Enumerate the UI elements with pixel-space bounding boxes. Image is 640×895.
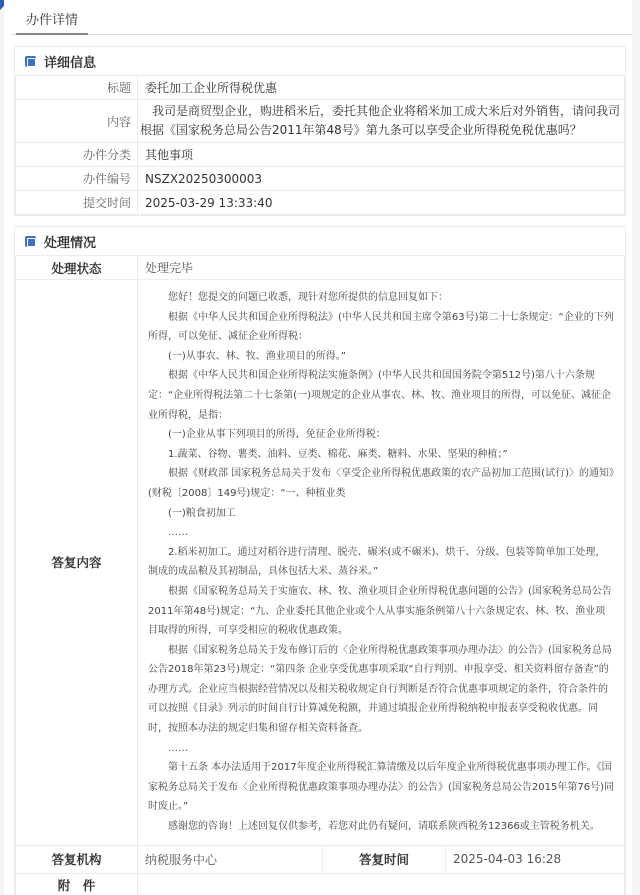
title-value: 委托加工企业所得税优惠 (138, 76, 625, 100)
answer-paragraph: 根据《国家税务总局关于实施农、林、牧、渔业项目企业所得税优惠问题的公告》(国家税… (148, 582, 614, 641)
processing-panel: 处理情况 处理状态 处理完毕 答复内容 您好！您提交的问题已收悉，现针对您所提供… (14, 226, 626, 895)
attachment-label: 附 件 (16, 873, 138, 895)
answer-paragraph: (一)从事农、林、牧、渔业项目的所得。” (148, 347, 614, 367)
tab-bar: 办件详情 (12, 8, 632, 35)
document-icon (25, 56, 36, 67)
status-label: 处理状态 (16, 256, 138, 280)
processing-panel-title: 处理情况 (44, 232, 96, 251)
status-row: 处理状态 处理完毕 (16, 256, 625, 280)
answer-paragraph: 根据《国家税务总局关于发布修订后的〈企业所得税优惠政策事项办理办法〉的公告》(国… (148, 641, 614, 739)
answer-paragraph: (一)企业从事下列项目的所得，免征企业所得税： (148, 425, 614, 445)
answer-paragraph: …… (148, 739, 614, 759)
answer-paragraph: 根据《中华人民共和国企业所得税法》(中华人民共和国主席令第63号)第二十七条规定… (148, 308, 614, 347)
attachment-row: 附 件 (16, 873, 625, 895)
agency-row: 答复机构 纳税服务中心 答复时间 2025-04-03 16:28 (16, 845, 625, 873)
content-label: 内容 (16, 100, 138, 143)
detail-row-content: 内容 我司是商贸型企业，购进稻米后，委托其他企业将稻米加工成大米后对外销售，请问… (16, 100, 625, 143)
agency-value: 纳税服务中心 (138, 845, 323, 873)
detail-row-title: 标题 委托加工企业所得税优惠 (16, 76, 625, 100)
content-value: 我司是商贸型企业，购进稻米后，委托其他企业将稻米加工成大米后对外销售，请问我司根… (138, 100, 625, 143)
answer-paragraph: (一)粮食初加工 (148, 504, 614, 524)
answer-label: 答复内容 (16, 280, 138, 846)
category-value: 其他事项 (138, 143, 625, 167)
answer-paragraph: 感谢您的咨询！上述回复仅供参考，若您对此仍有疑问，请联系陕西税务12366或主管… (148, 817, 614, 837)
detail-row-category: 办件分类 其他事项 (16, 143, 625, 167)
chat-icon (25, 236, 36, 247)
case-number-value: NSZX20250300003 (138, 167, 625, 191)
detail-panel-header: 详细信息 (15, 47, 625, 75)
reply-time-label: 答复时间 (323, 845, 446, 873)
category-label: 办件分类 (16, 143, 138, 167)
detail-table: 标题 委托加工企业所得税优惠 内容 我司是商贸型企业，购进稻米后，委托其他企业将… (15, 75, 625, 215)
reply-time-value: 2025-04-03 16:28 (446, 845, 625, 873)
agency-label: 答复机构 (16, 845, 138, 873)
attachment-value (138, 873, 625, 895)
answer-paragraph: 您好！您提交的问题已收悉，现针对您所提供的信息回复如下： (148, 288, 614, 308)
processing-panel-header: 处理情况 (15, 227, 625, 255)
submit-time-value: 2025-03-29 13:33:40 (138, 191, 625, 215)
page: 办件详情 详细信息 标题 委托加工企业所得税优惠 内容 我司是商贸型企业，购进稻… (4, 0, 632, 895)
case-number-label: 办件编号 (16, 167, 138, 191)
detail-row-submit-time: 提交时间 2025-03-29 13:33:40 (16, 191, 625, 215)
status-value: 处理完毕 (138, 256, 625, 280)
answer-row: 答复内容 您好！您提交的问题已收悉，现针对您所提供的信息回复如下： 根据《中华人… (16, 280, 625, 846)
detail-panel-title: 详细信息 (44, 52, 96, 71)
answer-paragraph: 根据《财政部 国家税务总局关于发布〈享受企业所得税优惠政策的农产品初加工范围(试… (148, 464, 614, 503)
detail-panel: 详细信息 标题 委托加工企业所得税优惠 内容 我司是商贸型企业，购进稻米后，委托… (14, 46, 626, 216)
title-label: 标题 (16, 76, 138, 100)
processing-table: 处理状态 处理完毕 答复内容 您好！您提交的问题已收悉，现针对您所提供的信息回复… (15, 255, 625, 895)
answer-paragraph: 根据《中华人民共和国企业所得税法实施条例》(中华人民共和国国务院令第512号)第… (148, 366, 614, 425)
submit-time-label: 提交时间 (16, 191, 138, 215)
answer-paragraph: 2.稻米初加工。通过对稻谷进行清理、脱壳、碾米(或不碾米)、烘干、分级、包装等简… (148, 543, 614, 582)
tab-details[interactable]: 办件详情 (16, 8, 88, 35)
answer-paragraph: …… (148, 523, 614, 543)
answer-paragraph: 第十五条 本办法适用于2017年度企业所得税汇算清缴及以后年度企业所得税优惠事项… (148, 758, 614, 817)
answer-content: 您好！您提交的问题已收悉，现针对您所提供的信息回复如下： 根据《中华人民共和国企… (138, 280, 625, 846)
answer-paragraph: 1.蔬菜、谷物、薯类、油料、豆类、棉花、麻类、糖料、水果、坚果的种植；” (148, 445, 614, 465)
detail-row-number: 办件编号 NSZX20250300003 (16, 167, 625, 191)
